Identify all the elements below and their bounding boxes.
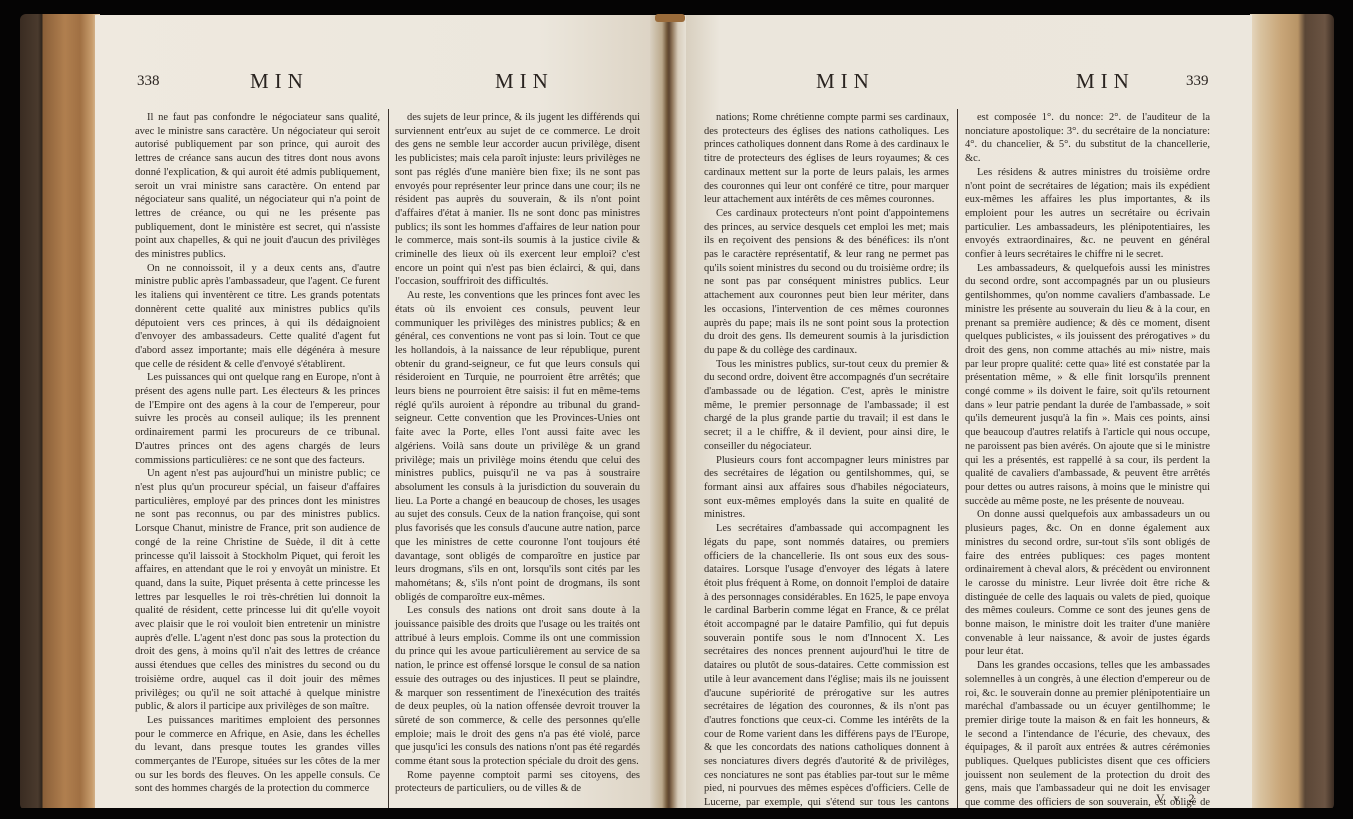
left-page: 338 MIN MIN Il ne faut pas confondre le … <box>95 15 650 810</box>
signature-mark: V v 2 <box>1156 791 1197 806</box>
paragraph: Les résidens & autres ministres du trois… <box>965 166 1210 262</box>
running-head: MIN <box>250 69 309 94</box>
book-cover-right-edge <box>1250 14 1334 810</box>
right-page: MIN MIN 339 nations; Rome chrétienne com… <box>686 15 1252 810</box>
text-column-1: Il ne faut pas confondre le négociateur … <box>135 111 380 796</box>
paragraph: Les ambassadeurs, & quelquefois aussi le… <box>965 262 1210 509</box>
paragraph: des sujets de leur prince, & ils jugent … <box>395 111 640 289</box>
page-number: 338 <box>137 73 160 90</box>
paragraph: Rome payenne comptoit parmi ses citoyens… <box>395 769 640 796</box>
paragraph: est composée 1°. du nonce: 2°. de l'audi… <box>965 111 1210 166</box>
paragraph: On donne aussi quelquefois aux ambassade… <box>965 508 1210 659</box>
paragraph: Un agent n'est pas aujourd'hui un minist… <box>135 467 380 714</box>
book-gutter <box>650 15 686 810</box>
running-head-second: MIN <box>1076 69 1135 94</box>
column-rule <box>957 109 958 817</box>
paragraph: nations; Rome chrétienne compte parmi se… <box>704 111 949 207</box>
paragraph: Les puissances qui ont quelque rang en E… <box>135 371 380 467</box>
book-cover-left-edge <box>20 14 100 810</box>
background-bottom <box>0 808 1353 819</box>
paragraph: Ces cardinaux protecteurs n'ont point d'… <box>704 207 949 358</box>
paragraph: Les puissances maritimes emploient des p… <box>135 714 380 796</box>
paragraph: Tous les ministres publics, sur-tout ceu… <box>704 358 949 454</box>
text-column-3: nations; Rome chrétienne compte parmi se… <box>704 111 949 819</box>
running-head-second: MIN <box>495 69 554 94</box>
paragraph: Les consuls des nations ont droit sans d… <box>395 604 640 768</box>
paragraph: Les secrétaires d'ambassade qui accompag… <box>704 522 949 819</box>
paragraph: Au reste, les conventions que les prince… <box>395 289 640 604</box>
page-number: 339 <box>1186 73 1209 90</box>
text-column-2: des sujets de leur prince, & ils jugent … <box>395 111 640 796</box>
paragraph: Il ne faut pas confondre le négociateur … <box>135 111 380 262</box>
column-rule <box>388 109 389 817</box>
running-head: MIN <box>816 69 875 94</box>
headband <box>655 14 685 22</box>
text-column-4: est composée 1°. du nonce: 2°. de l'audi… <box>965 111 1210 819</box>
paragraph: On ne connoissoit, il y a deux cents ans… <box>135 262 380 372</box>
paragraph: Plusieurs cours font accompagner leurs m… <box>704 454 949 523</box>
